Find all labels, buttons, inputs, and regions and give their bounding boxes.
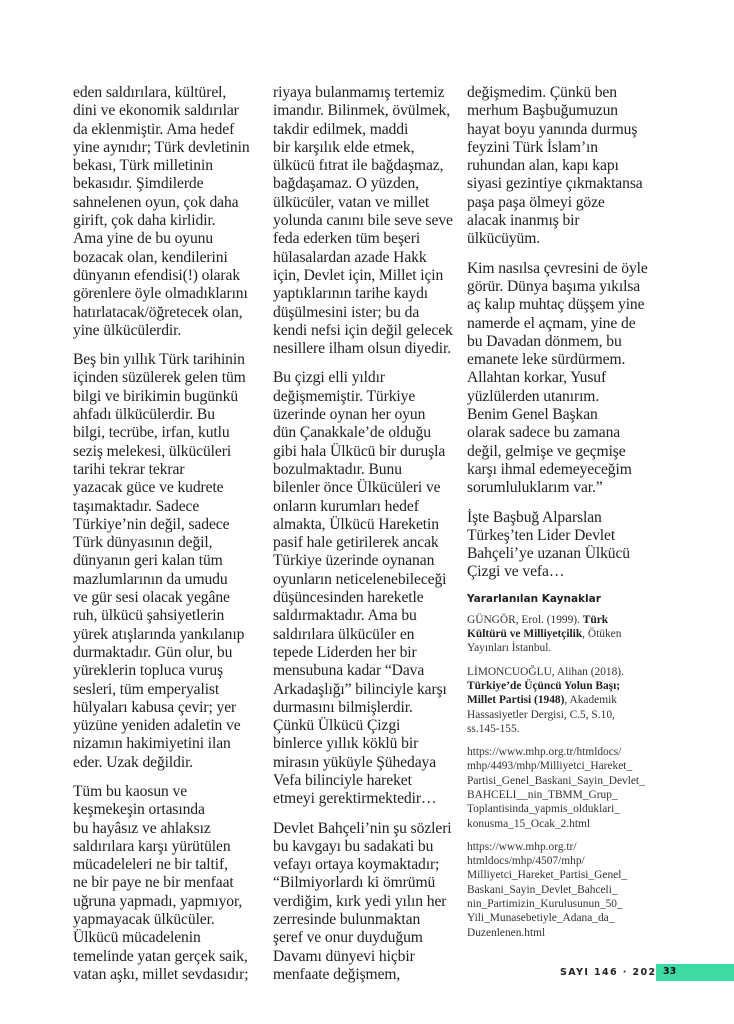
text-column-3: değişmedim. Çünkü ben merhum Başbuğumuzu…	[467, 84, 667, 949]
paragraph: İşte Başbuğ Alparslan Türkeş’ten Lider D…	[467, 509, 667, 582]
reference-item: LİMONCUOĞLU, Alihan (2018). Türkiye’de Ü…	[467, 665, 667, 736]
reference-author: LİMONCUOĞLU, Alihan (2018).	[467, 666, 624, 678]
text-column-2: riyaya bulanmamış tertemiz imandır. Bili…	[273, 84, 465, 995]
paragraph: eden saldırılara, kültürel, dini ve ekon…	[73, 84, 273, 340]
reference-link[interactable]: https://www.mhp.org.tr/ htmldocs/mhp/450…	[467, 841, 627, 939]
paragraph: Tüm bu kaosun ve keşmekeşin ortasında bu…	[73, 783, 273, 984]
page-number: 33	[663, 966, 676, 977]
text-column-1: eden saldırılara, kültürel, dini ve ekon…	[73, 84, 273, 995]
references-heading: Yararlanılan Kaynaklar	[467, 593, 667, 605]
paragraph: Kim nasılsa çevresini de öyle görür. Dün…	[467, 260, 667, 498]
paragraph: Bu çizgi elli yıldır değişmemiştir. Türk…	[273, 369, 465, 808]
reference-url[interactable]: https://www.mhp.org.tr/ htmldocs/mhp/450…	[467, 840, 667, 940]
paragraph: değişmedim. Çünkü ben merhum Başbuğumuzu…	[467, 84, 667, 249]
reference-link[interactable]: https://www.mhp.org.tr/htmldocs/ mhp/449…	[467, 746, 645, 829]
reference-author: GÜNGÖR, Erol. (1999).	[467, 614, 583, 626]
reference-item: GÜNGÖR, Erol. (1999). Türk Kültürü ve Mi…	[467, 613, 667, 656]
page-number-bar: 33	[656, 964, 734, 981]
issue-label: SAYI 146 · 2020	[560, 967, 665, 978]
paragraph: Devlet Bahçeli’nin şu sözleri bu kavgayı…	[273, 820, 465, 985]
paragraph: Beş bin yıllık Türk tarihinin içinden sü…	[73, 351, 273, 772]
reference-url[interactable]: https://www.mhp.org.tr/htmldocs/ mhp/449…	[467, 745, 667, 831]
paragraph: riyaya bulanmamış tertemiz imandır. Bili…	[273, 84, 465, 358]
